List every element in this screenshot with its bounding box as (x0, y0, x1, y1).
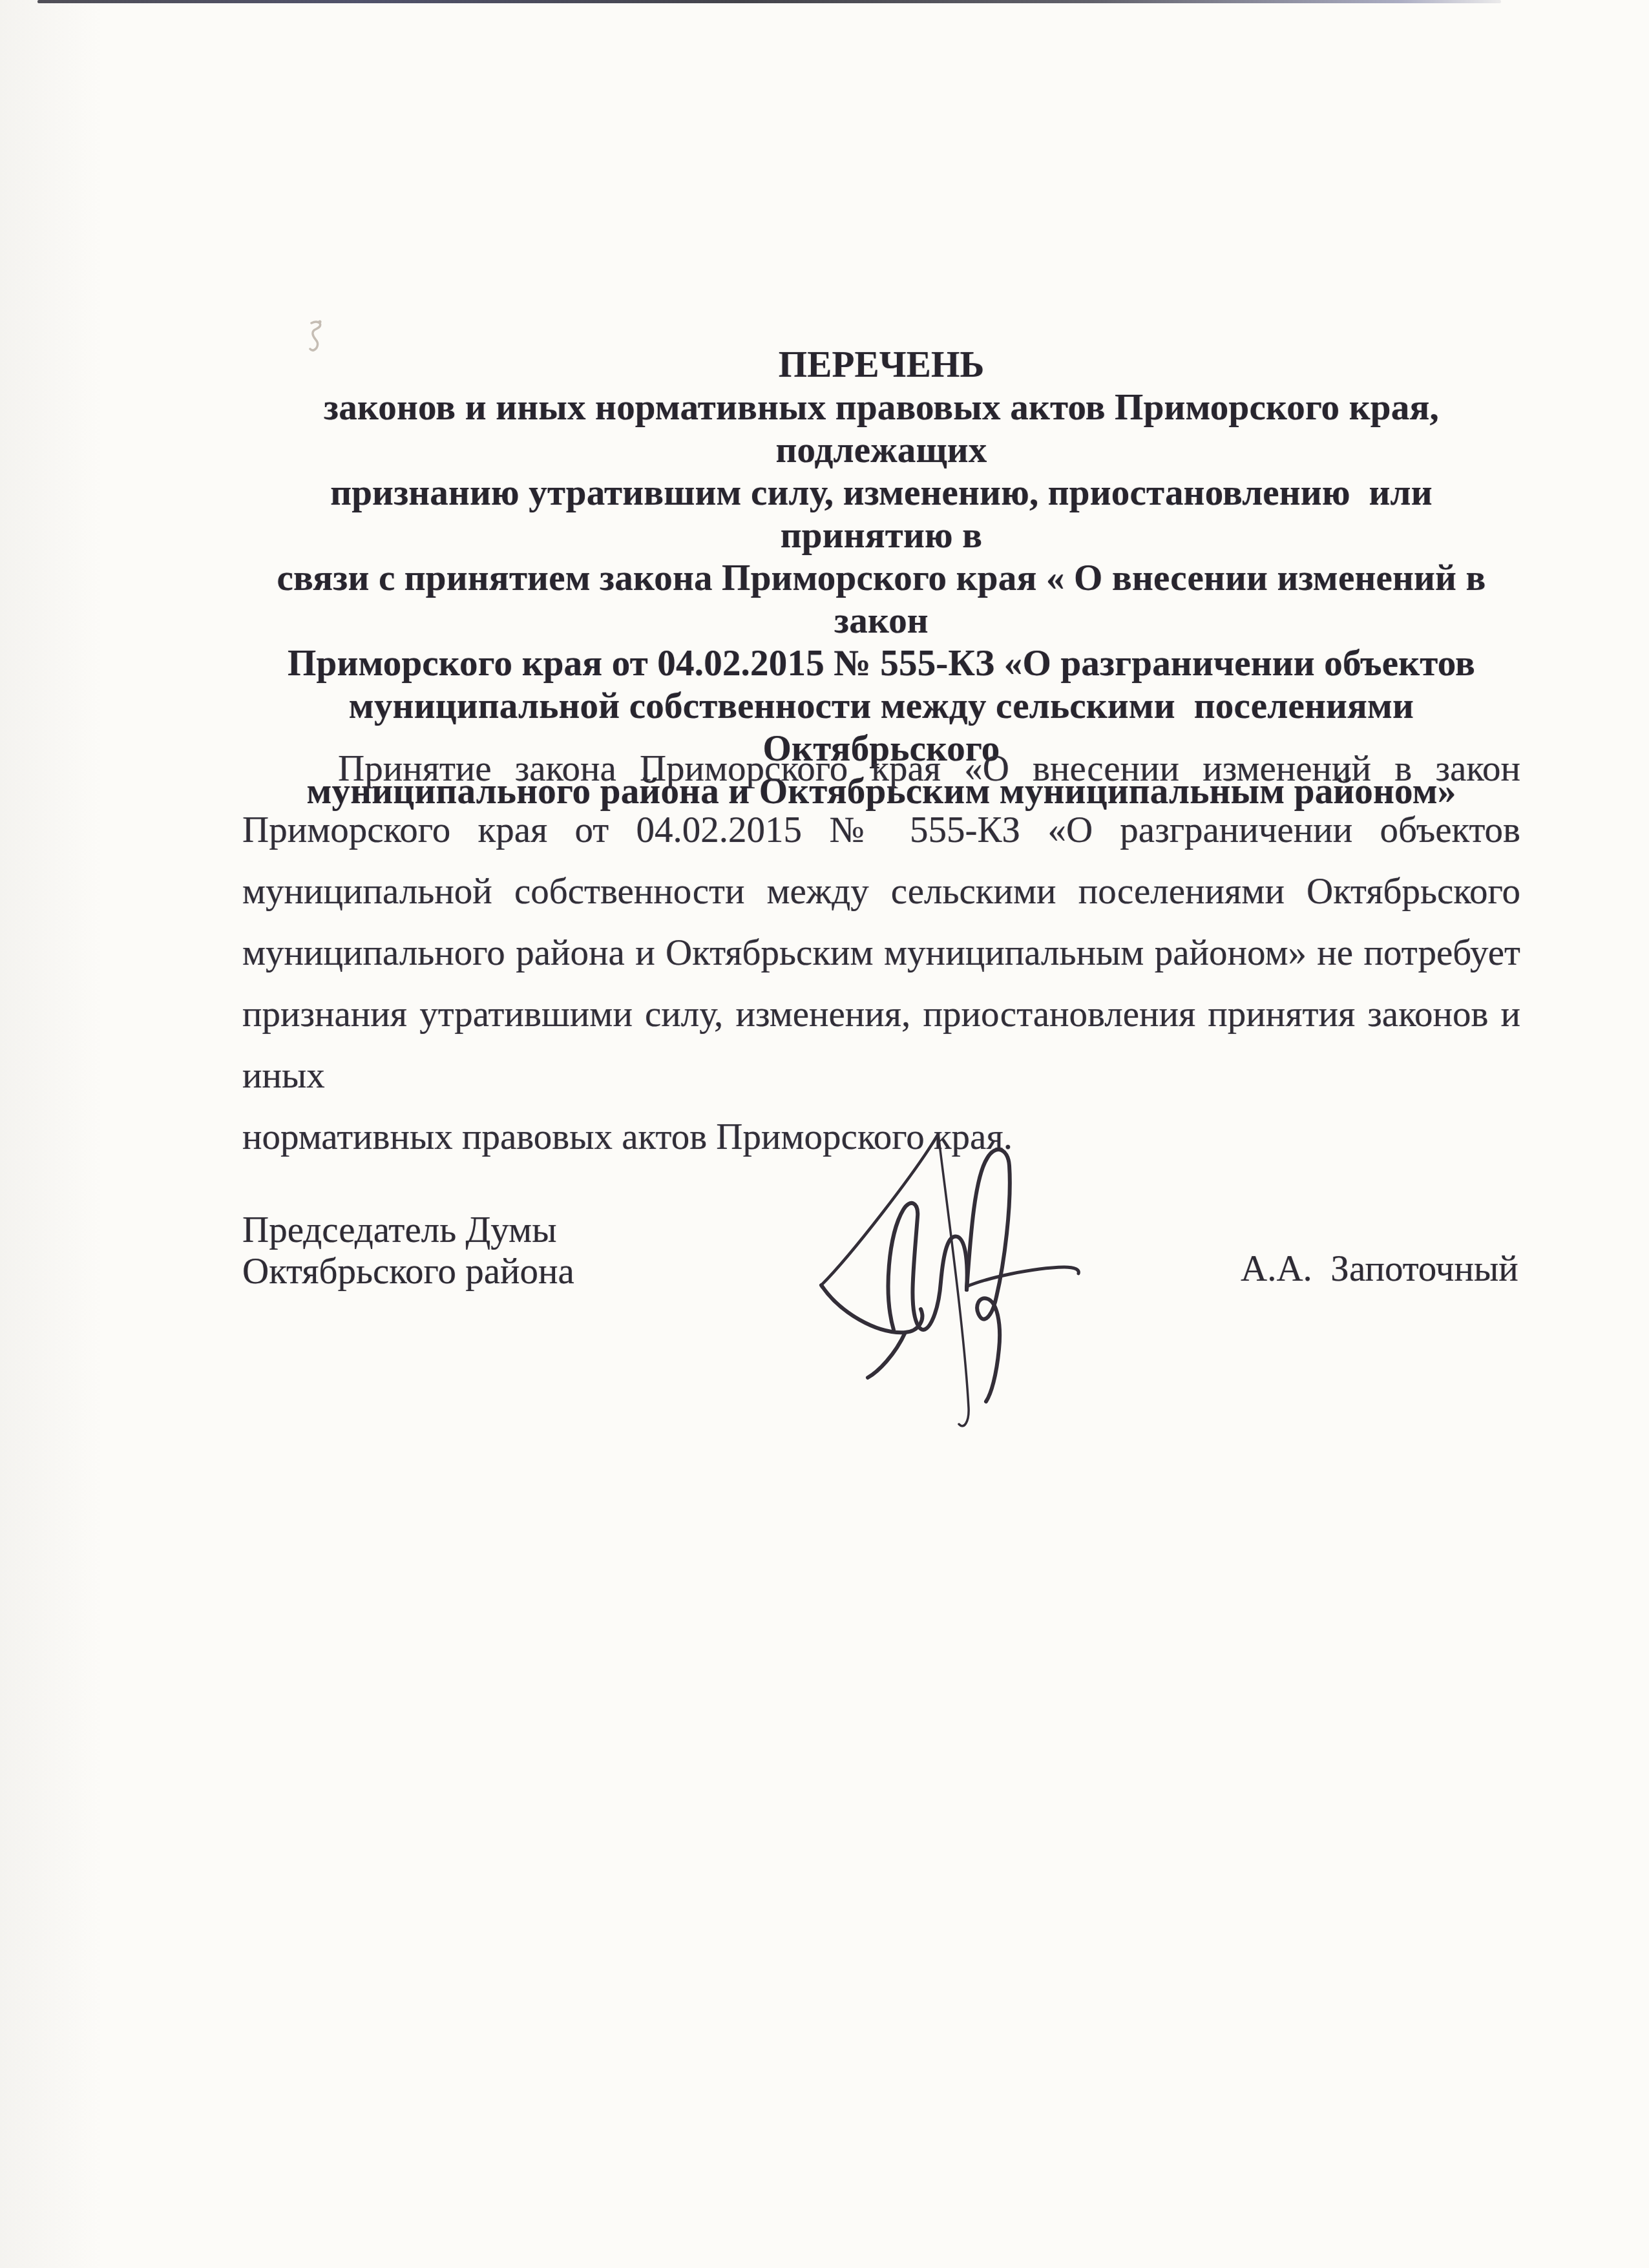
heading-line: признанию утратившим силу, изменению, пр… (242, 472, 1520, 557)
body-line: муниципальной собственности между сельск… (242, 861, 1520, 922)
scanner-edge-artifact (37, 0, 1501, 3)
heading-line: Приморского края от 04.02.2015 № 555-КЗ … (242, 642, 1520, 685)
heading-line: законов и иных нормативных правовых акто… (242, 386, 1520, 472)
signatory-position-line: Председатель Думы (242, 1210, 574, 1251)
body-paragraph: Принятие закона Приморского края «О внес… (242, 738, 1520, 1168)
scanned-document-page: ПЕРЕЧЕНЬ законов и иных нормативных прав… (0, 0, 1649, 2268)
body-line: признания утратившими силу, изменения, п… (242, 983, 1520, 1106)
document-title: ПЕРЕЧЕНЬ (242, 344, 1520, 386)
handwritten-signature (811, 1121, 1108, 1444)
signatory-position-line: Октябрьского района (242, 1251, 574, 1292)
body-line: Приморского края от 04.02.2015 № 555-КЗ … (242, 799, 1520, 861)
body-line: Принятие закона Приморского края «О внес… (242, 738, 1520, 799)
signatory-name: А.А. Запоточный (1241, 1248, 1518, 1290)
heading-line: связи с принятием закона Приморского кра… (242, 557, 1520, 642)
body-line: муниципального района и Октябрьским муни… (242, 922, 1520, 983)
page-left-edge-shadow (0, 0, 123, 2268)
signatory-position: Председатель Думы Октябрьского района (242, 1210, 574, 1292)
